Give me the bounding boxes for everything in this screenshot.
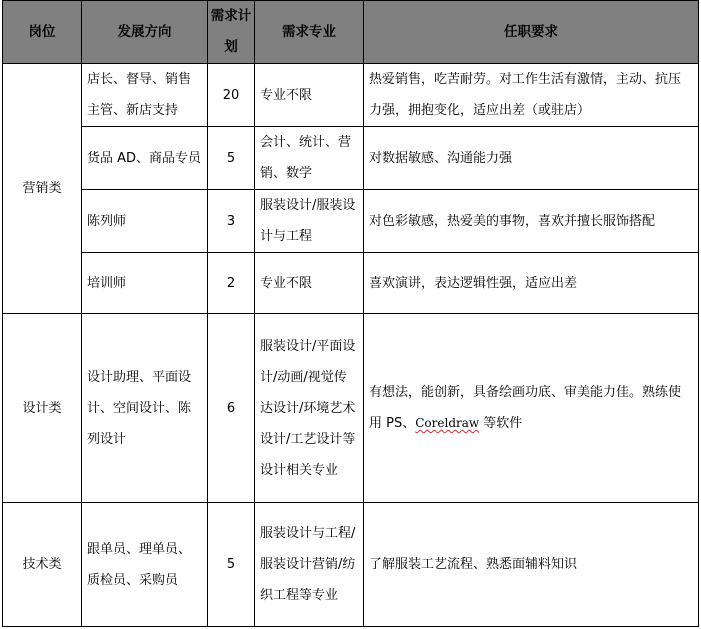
header-position: 岗位 — [3, 1, 82, 64]
direction-cell: 陈列师 — [82, 190, 208, 253]
table-row: 陈列师 3 服装设计/服装设计与工程 对色彩敏感，热爱美的事物，喜欢并擅长服饰搭… — [3, 190, 699, 253]
category-cell-technical: 技术类 — [3, 503, 82, 627]
plan-cell: 5 — [208, 503, 255, 627]
requirements-text-suffix: 等软件 — [479, 416, 522, 431]
requirements-cell: 喜欢演讲，表达逻辑性强，适应出差 — [364, 253, 699, 314]
direction-cell: 跟单员、理单员、质检员、采购员 — [82, 503, 208, 627]
requirements-cell: 热爱销售，吃苦耐劳。对工作生活有激情，主动、抗压力强，拥抱变化，适应出差（或驻店… — [364, 64, 699, 127]
table-row: 营销类 店长、督导、销售主管、新店支持 20 专业不限 热爱销售，吃苦耐劳。对工… — [3, 64, 699, 127]
major-cell: 会计、统计、营销、数学 — [255, 127, 364, 190]
table-row: 设计类 设计助理、平面设计、空间设计、陈列设计 6 服装设计/平面设计/动画/视… — [3, 314, 699, 503]
direction-cell: 货品 AD、商品专员 — [82, 127, 208, 190]
header-plan: 需求计划 — [208, 1, 255, 64]
major-cell: 专业不限 — [255, 64, 364, 127]
table-row: 货品 AD、商品专员 5 会计、统计、营销、数学 对数据敏感、沟通能力强 — [3, 127, 699, 190]
job-requirements-table: 岗位 发展方向 需求计划 需求专业 任职要求 营销类 店长、督导、销售主管、新店… — [2, 0, 699, 627]
plan-cell: 3 — [208, 190, 255, 253]
requirements-cell: 有想法，能创新，具备绘画功底、审美能力佳。熟练使用 PS、Coreldraw 等… — [364, 314, 699, 503]
header-major: 需求专业 — [255, 1, 364, 64]
header-plan-label: 需求计划 — [211, 8, 252, 55]
major-cell: 服装设计与工程/服装设计营销/纺织工程等专业 — [255, 503, 364, 627]
category-cell-marketing: 营销类 — [3, 64, 82, 314]
spellcheck-flagged-word: Coreldraw — [415, 416, 479, 430]
plan-cell: 2 — [208, 253, 255, 314]
plan-cell: 6 — [208, 314, 255, 503]
header-requirements: 任职要求 — [364, 1, 699, 64]
table-header-row: 岗位 发展方向 需求计划 需求专业 任职要求 — [3, 1, 699, 64]
requirements-cell: 对数据敏感、沟通能力强 — [364, 127, 699, 190]
major-cell: 服装设计/服装设计与工程 — [255, 190, 364, 253]
table-row: 培训师 2 专业不限 喜欢演讲，表达逻辑性强，适应出差 — [3, 253, 699, 314]
direction-cell: 培训师 — [82, 253, 208, 314]
category-cell-design: 设计类 — [3, 314, 82, 503]
table-row: 技术类 跟单员、理单员、质检员、采购员 5 服装设计与工程/服装设计营销/纺织工… — [3, 503, 699, 627]
direction-cell: 店长、督导、销售主管、新店支持 — [82, 64, 208, 127]
header-direction: 发展方向 — [82, 1, 208, 64]
requirements-cell: 了解服装工艺流程、熟悉面辅料知识 — [364, 503, 699, 627]
plan-cell: 5 — [208, 127, 255, 190]
direction-cell: 设计助理、平面设计、空间设计、陈列设计 — [82, 314, 208, 503]
requirements-cell: 对色彩敏感，热爱美的事物，喜欢并擅长服饰搭配 — [364, 190, 699, 253]
major-cell: 专业不限 — [255, 253, 364, 314]
major-cell: 服装设计/平面设计/动画/视觉传达设计/环境艺术设计/工艺设计等设计相关专业 — [255, 314, 364, 503]
plan-cell: 20 — [208, 64, 255, 127]
